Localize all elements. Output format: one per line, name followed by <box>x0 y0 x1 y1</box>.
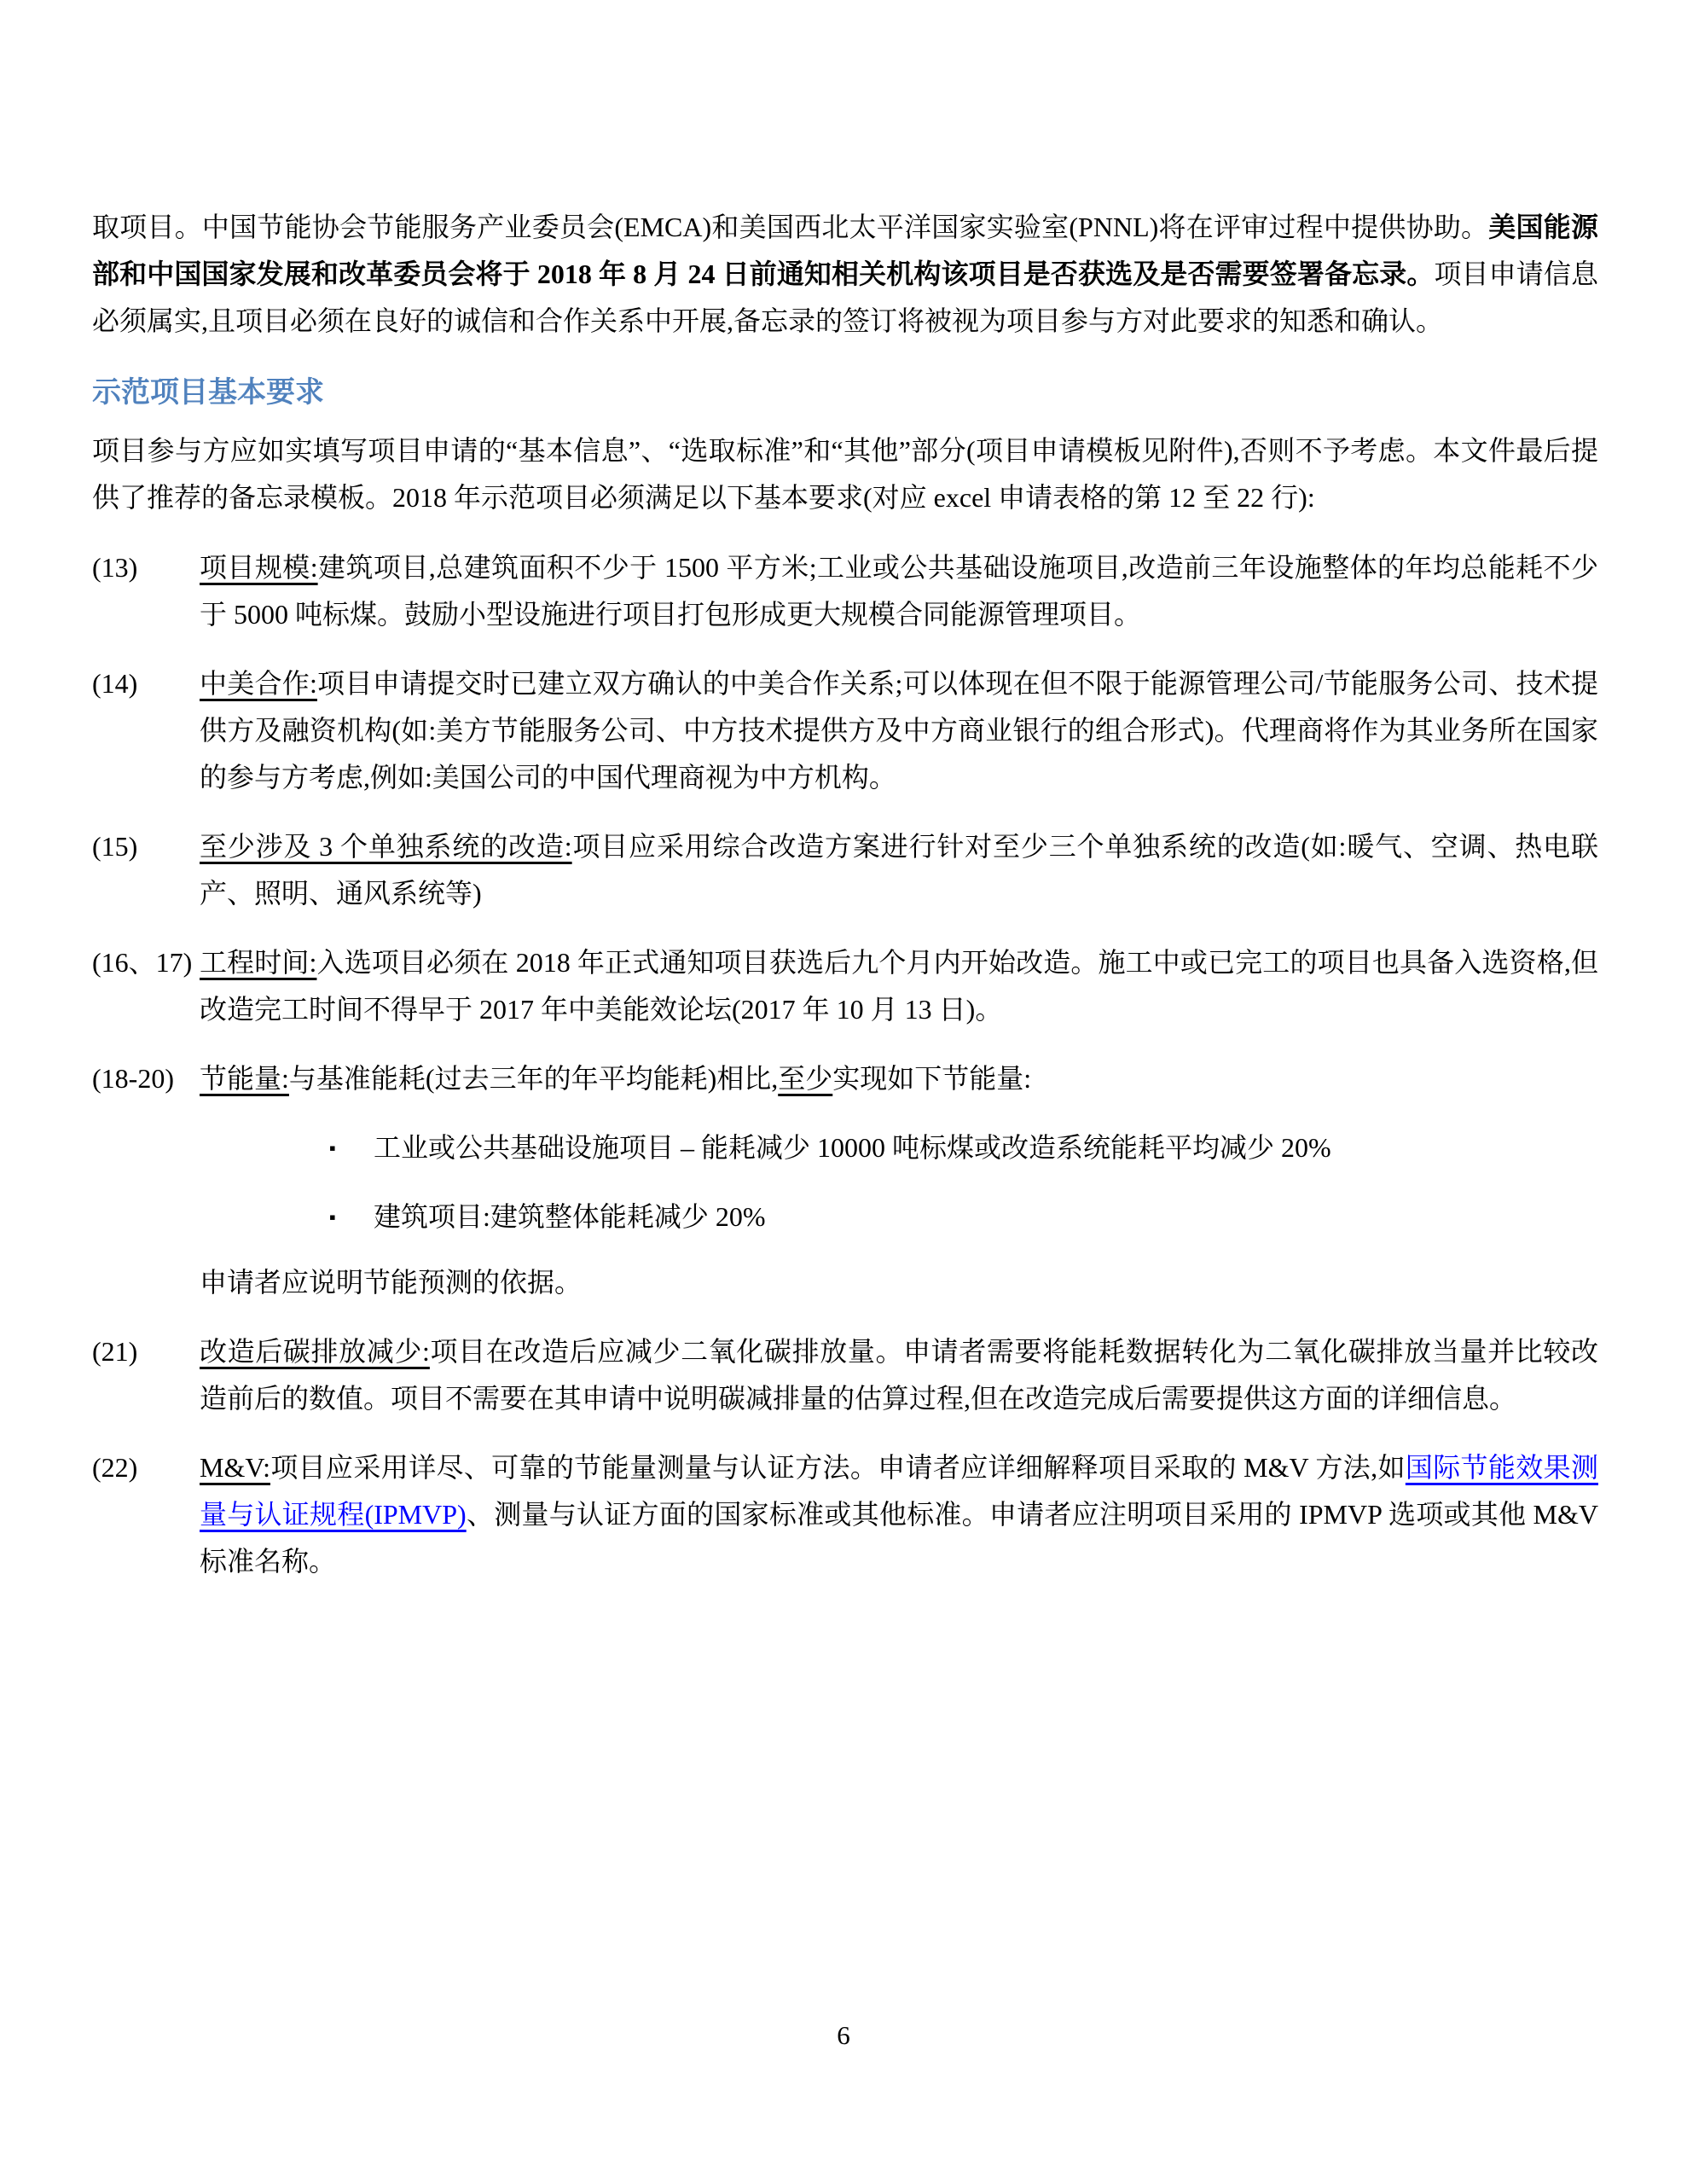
item-number: (21) <box>92 1328 200 1422</box>
requirement-item-14: (14) 中美合作:项目申请提交时已建立双方确认的中美合作关系;可以体现在但不限… <box>92 660 1598 801</box>
requirement-item-21: (21) 改造后碳排放减少:项目在改造后应减少二氧化碳排放量。申请者需要将能耗数… <box>92 1328 1598 1422</box>
square-bullet-icon: ▪ <box>329 1194 374 1240</box>
item-text-before-link: 项目应采用详尽、可靠的节能量测量与认证方法。申请者应详细解释项目采取的 M&V … <box>270 1452 1406 1483</box>
requirements-intro-paragraph: 项目参与方应如实填写项目申请的“基本信息”、“选取标准”和“其他”部分(项目申请… <box>92 427 1598 521</box>
item-lead: 至少涉及 3 个单独系统的改造: <box>200 831 572 862</box>
requirement-item-22: (22) M&V:项目应采用详尽、可靠的节能量测量与认证方法。申请者应详细解释项… <box>92 1444 1598 1585</box>
intro-paragraph: 取项目。中国节能协会节能服务产业委员会(EMCA)和美国西北太平洋国家实验室(P… <box>92 204 1598 345</box>
item-body: M&V:项目应采用详尽、可靠的节能量测量与认证方法。申请者应详细解释项目采取的 … <box>200 1444 1598 1585</box>
item-text: 项目申请提交时已建立双方确认的中美合作关系;可以体现在但不限于能源管理公司/节能… <box>200 668 1598 793</box>
item-number: (18-20) <box>92 1055 200 1306</box>
document-page: 取项目。中国节能协会节能服务产业委员会(EMCA)和美国西北太平洋国家实验室(P… <box>0 0 1687 2184</box>
item-lead: 项目规模: <box>200 552 318 583</box>
item-text-mid: 与基准能耗(过去三年的年平均能耗)相比, <box>289 1063 778 1094</box>
item-number: (16、17) <box>92 939 200 1033</box>
item-lead: 工程时间: <box>200 947 316 978</box>
item-number: (14) <box>92 660 200 801</box>
item-lead: M&V: <box>200 1452 270 1483</box>
requirement-item-15: (15) 至少涉及 3 个单独系统的改造:项目应采用综合改造方案进行针对至少三个… <box>92 823 1598 917</box>
requirement-item-13: (13) 项目规模:建筑项目,总建筑面积不少于 1500 平方米;工业或公共基础… <box>92 544 1598 638</box>
section-heading: 示范项目基本要求 <box>92 374 1598 413</box>
item-body: 项目规模:建筑项目,总建筑面积不少于 1500 平方米;工业或公共基础设施项目,… <box>200 544 1598 638</box>
item-lead-line: 节能量:与基准能耗(过去三年的年平均能耗)相比,至少实现如下节能量: <box>200 1055 1598 1102</box>
item-note: 申请者应说明节能预测的依据。 <box>200 1259 1598 1306</box>
item-body: 工程时间:入选项目必须在 2018 年正式通知项目获选后九个月内开始改造。施工中… <box>200 939 1598 1033</box>
item-text-end: 实现如下节能量: <box>832 1063 1031 1094</box>
item-text: 建筑项目,总建筑面积不少于 1500 平方米;工业或公共基础设施项目,改造前三年… <box>200 552 1598 630</box>
square-bullet-icon: ▪ <box>329 1124 374 1171</box>
item-underlined-word: 至少 <box>778 1063 832 1094</box>
item-number: (13) <box>92 544 200 638</box>
item-lead: 节能量: <box>200 1063 289 1094</box>
requirement-item-16-17: (16、17) 工程时间:入选项目必须在 2018 年正式通知项目获选后九个月内… <box>92 939 1598 1033</box>
intro-pre-text: 取项目。中国节能协会节能服务产业委员会(EMCA)和美国西北太平洋国家实验室(P… <box>92 212 1488 242</box>
item-number: (22) <box>92 1444 200 1585</box>
item-body: 改造后碳排放减少:项目在改造后应减少二氧化碳排放量。申请者需要将能耗数据转化为二… <box>200 1328 1598 1422</box>
page-number: 6 <box>0 2018 1687 2053</box>
item-body: 节能量:与基准能耗(过去三年的年平均能耗)相比,至少实现如下节能量: ▪ 工业或… <box>200 1055 1598 1306</box>
requirement-item-18-20: (18-20) 节能量:与基准能耗(过去三年的年平均能耗)相比,至少实现如下节能… <box>92 1055 1598 1306</box>
item-number: (15) <box>92 823 200 917</box>
bullet-text: 建筑项目:建筑整体能耗减少 20% <box>374 1194 1598 1240</box>
item-body: 至少涉及 3 个单独系统的改造:项目应采用综合改造方案进行针对至少三个单独系统的… <box>200 823 1598 917</box>
item-text: 入选项目必须在 2018 年正式通知项目获选后九个月内开始改造。施工中或已完工的… <box>200 947 1598 1025</box>
item-lead: 中美合作: <box>200 668 317 699</box>
list-item: ▪ 建筑项目:建筑整体能耗减少 20% <box>200 1194 1598 1240</box>
list-item: ▪ 工业或公共基础设施项目 – 能耗减少 10000 吨标煤或改造系统能耗平均减… <box>200 1124 1598 1171</box>
item-body: 中美合作:项目申请提交时已建立双方确认的中美合作关系;可以体现在但不限于能源管理… <box>200 660 1598 801</box>
item-lead: 改造后碳排放减少: <box>200 1336 430 1367</box>
bullet-text: 工业或公共基础设施项目 – 能耗减少 10000 吨标煤或改造系统能耗平均减少 … <box>374 1124 1598 1171</box>
